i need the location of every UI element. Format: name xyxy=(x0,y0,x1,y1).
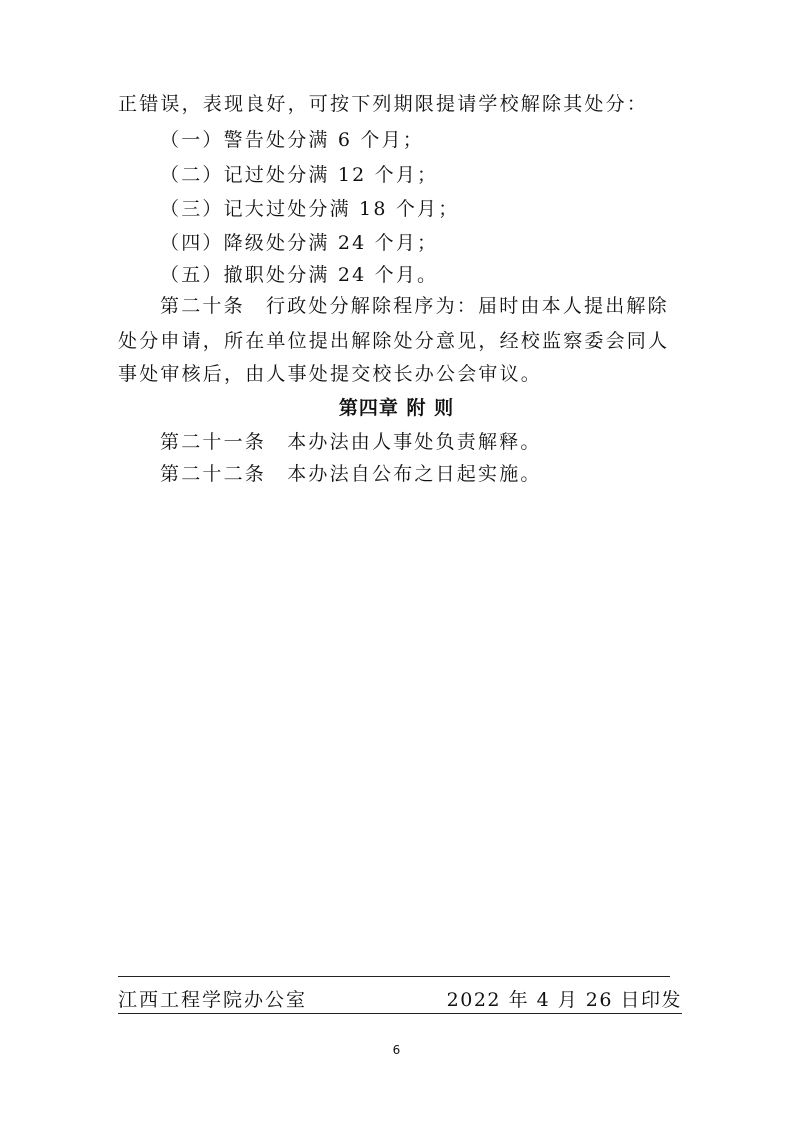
list-item: （四）降级处分满 24 个月； xyxy=(160,231,438,255)
chapter-heading: 第四章 附 则 xyxy=(0,396,793,420)
list-item: （一）警告处分满 6 个月； xyxy=(160,128,424,152)
footer-top-rule xyxy=(118,976,670,977)
paragraph-line: 事处审核后，由人事处提交校长办公会审议。 xyxy=(118,362,542,386)
list-item: （五）撤职处分满 24 个月。 xyxy=(160,263,438,287)
paragraph-line: 处分申请，所在单位提出解除处分意见，经校监察委会同人 xyxy=(118,329,669,353)
list-item: （三）记大过处分满 18 个月； xyxy=(160,197,459,221)
list-item: （二）记过处分满 12 个月； xyxy=(160,163,438,187)
article-line: 第二十一条 本办法由人事处负责解释。 xyxy=(160,430,542,454)
footer-date: 2022 年 4 月 26 日印发 xyxy=(447,988,682,1012)
page-number: 6 xyxy=(0,1043,793,1057)
footer-issuer: 江西工程学院办公室 xyxy=(118,988,307,1012)
paragraph-line: 正错误，表现良好，可按下列期限提请学校解除其处分： xyxy=(118,92,648,116)
paragraph-line: 第二十条 行政处分解除程序为：届时由本人提出解除 xyxy=(160,294,669,318)
article-line: 第二十二条 本办法自公布之日起实施。 xyxy=(160,462,542,486)
footer-bottom-rule xyxy=(118,1013,682,1014)
